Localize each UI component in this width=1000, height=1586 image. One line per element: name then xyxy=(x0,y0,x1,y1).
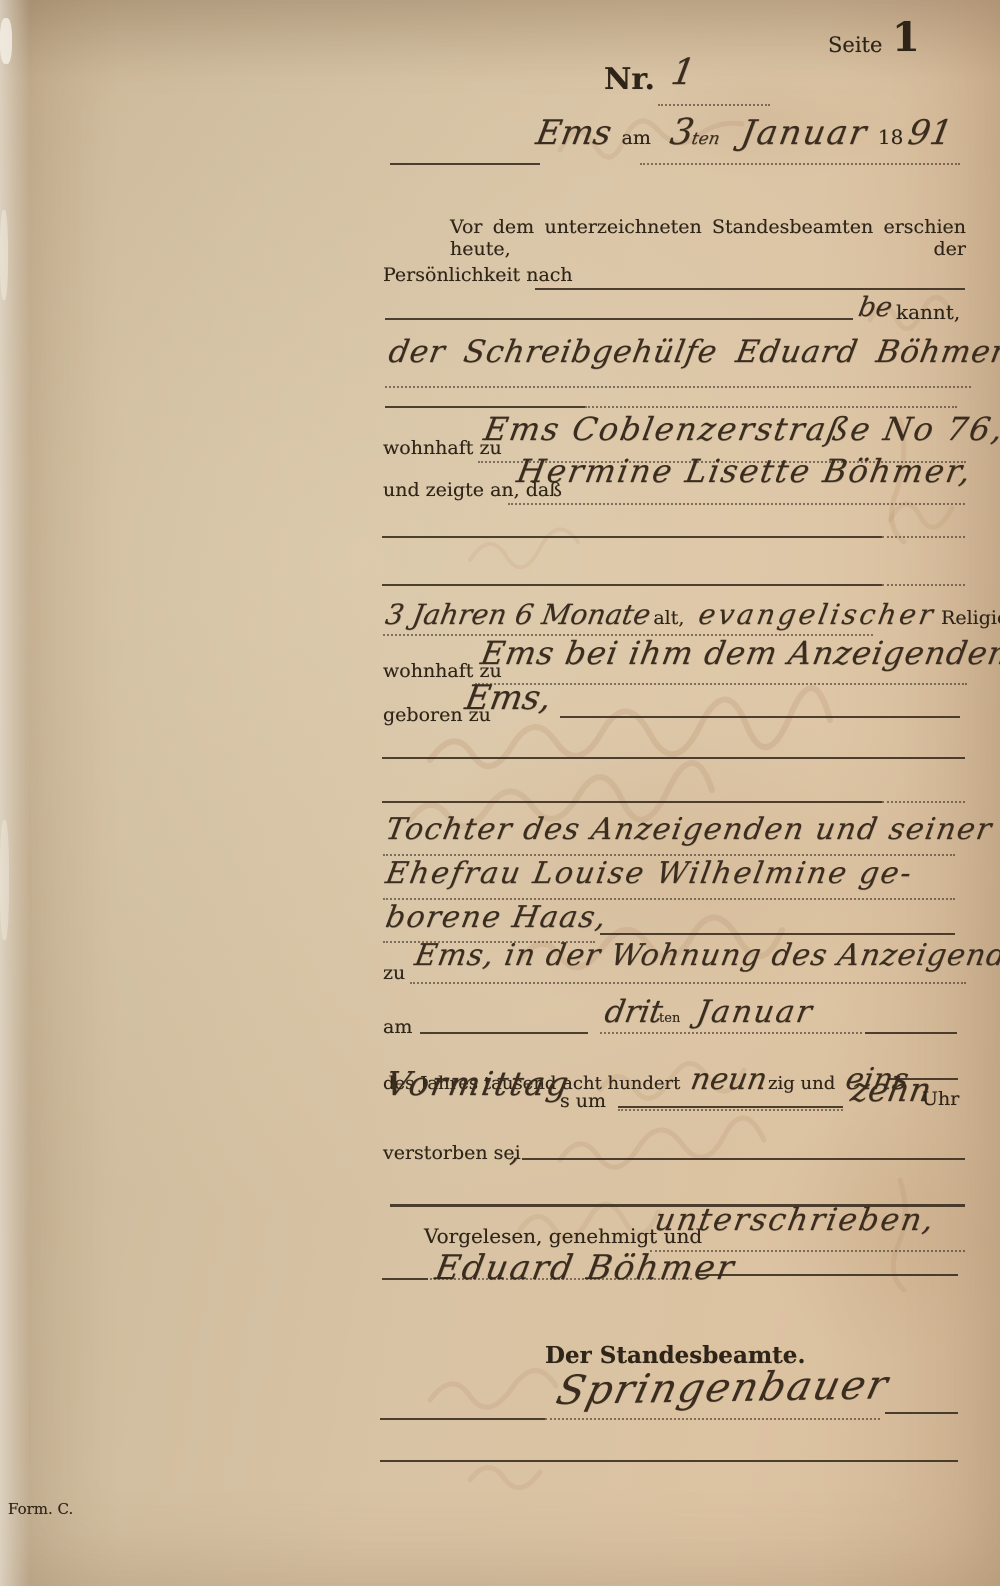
age-religion-line: 3 Jahren 6 Monate alt, evangelischer Rel… xyxy=(383,598,1000,631)
form-line xyxy=(382,1278,428,1280)
paper-chip xyxy=(0,820,9,940)
form-line xyxy=(618,1106,843,1108)
death-month-entry: Januar xyxy=(694,994,816,1030)
form-line xyxy=(420,1032,588,1034)
persoenlichkeit-label: Persönlichkeit nach xyxy=(383,264,573,286)
death-place-entry: Ems, in der Wohnung des Anzeigenden xyxy=(412,938,1000,973)
record-number-label: Nr. xyxy=(604,62,655,97)
form-line xyxy=(382,536,882,538)
form-line xyxy=(640,163,960,165)
form-line xyxy=(380,1460,958,1462)
form-line xyxy=(882,584,965,586)
form-line xyxy=(882,536,965,538)
place-entry: Ems xyxy=(533,113,615,153)
year-tens-entry: neun xyxy=(688,1062,770,1097)
form-line xyxy=(865,1032,957,1034)
form-line xyxy=(658,104,770,106)
form-line xyxy=(882,801,965,803)
year-entry: 91 xyxy=(905,113,955,153)
form-line xyxy=(410,982,966,984)
unterschrieben-entry: unterschrieben, xyxy=(652,1202,938,1238)
declarant-entry: der Schreibgehülfe Eduard Böhmer, xyxy=(386,334,1000,370)
form-line xyxy=(535,288,965,290)
form-line xyxy=(885,1412,958,1414)
form-line xyxy=(390,163,540,165)
uhr-label: Uhr xyxy=(922,1088,959,1110)
deceased-name-entry: Hermine Lisette Böhmer, xyxy=(514,452,975,490)
date-line: Ems am 3 ten Januar 18 91 xyxy=(533,112,949,153)
bekannt-printed: kannt, xyxy=(896,300,960,324)
alt-label: alt, xyxy=(653,607,684,629)
form-line xyxy=(380,1418,545,1420)
religion-entry: evangelischer xyxy=(696,598,938,631)
page-number: 1 xyxy=(892,14,920,61)
form-line xyxy=(600,1032,862,1034)
form-line xyxy=(545,1418,880,1420)
comma-entry: , xyxy=(508,1134,524,1169)
official-signature: Springenbauer xyxy=(552,1362,894,1414)
daytime-entry: Vormittag xyxy=(383,1064,574,1103)
seite-label: Seite xyxy=(828,33,882,57)
form-line xyxy=(382,757,965,759)
form-line xyxy=(385,406,585,408)
relation-line-3: borene Haas, xyxy=(383,900,610,935)
form-line xyxy=(522,1158,965,1160)
form-line xyxy=(508,503,965,505)
form-line xyxy=(382,801,882,803)
religion-label: Religion, xyxy=(941,607,1000,629)
zig-und-label: zig und xyxy=(768,1073,835,1094)
intro-text: Vor dem unterzeichneten Standesbeamten e… xyxy=(450,216,966,260)
form-line xyxy=(382,584,882,586)
form-line xyxy=(618,1109,843,1111)
month-entry: Januar xyxy=(738,113,871,153)
form-line xyxy=(600,933,955,935)
year-printed-prefix: 18 xyxy=(878,125,903,149)
death-day-entry: drit xyxy=(602,994,665,1030)
residence-entry: Ems Coblenzerstraße No 76, xyxy=(481,410,1000,448)
death-record-page: Seite 1 Nr. 1 Ems am 3 ten Januar 18 91 … xyxy=(0,0,1000,1586)
zu-label: zu xyxy=(383,962,405,984)
declarant-signature: Eduard Böhmer xyxy=(432,1248,739,1288)
paper-chip xyxy=(0,210,8,300)
form-line xyxy=(385,386,971,388)
form-line xyxy=(560,716,960,718)
s-um-label: s um xyxy=(560,1090,606,1112)
birthplace-entry: Ems, xyxy=(462,678,554,718)
relation-line-2: Ehefrau Louise Wilhelmine ge- xyxy=(383,856,916,891)
form-line xyxy=(696,1274,958,1276)
relation-line-1: Tochter des Anzeigenden und seiner xyxy=(383,812,995,847)
death-day-suffix: ten xyxy=(659,1011,680,1026)
form-line xyxy=(430,1278,692,1280)
form-note: Form. C. xyxy=(8,1500,73,1518)
death-day-line: drit ten Januar xyxy=(602,994,810,1030)
age-entry: 3 Jahren 6 Monate xyxy=(383,598,653,631)
form-line xyxy=(585,406,957,408)
day-suffix-entry: ten xyxy=(690,129,721,149)
am-label: am xyxy=(622,127,651,149)
residence2-entry: Ems bei ihm dem Anzeigenden, xyxy=(478,634,1000,672)
am-label-2: am xyxy=(383,1016,412,1038)
paper-chip xyxy=(0,18,12,64)
form-line xyxy=(385,318,853,320)
bekannt-handwritten: be xyxy=(856,292,895,323)
verstorben-sei-label: verstorben sei xyxy=(383,1142,521,1164)
